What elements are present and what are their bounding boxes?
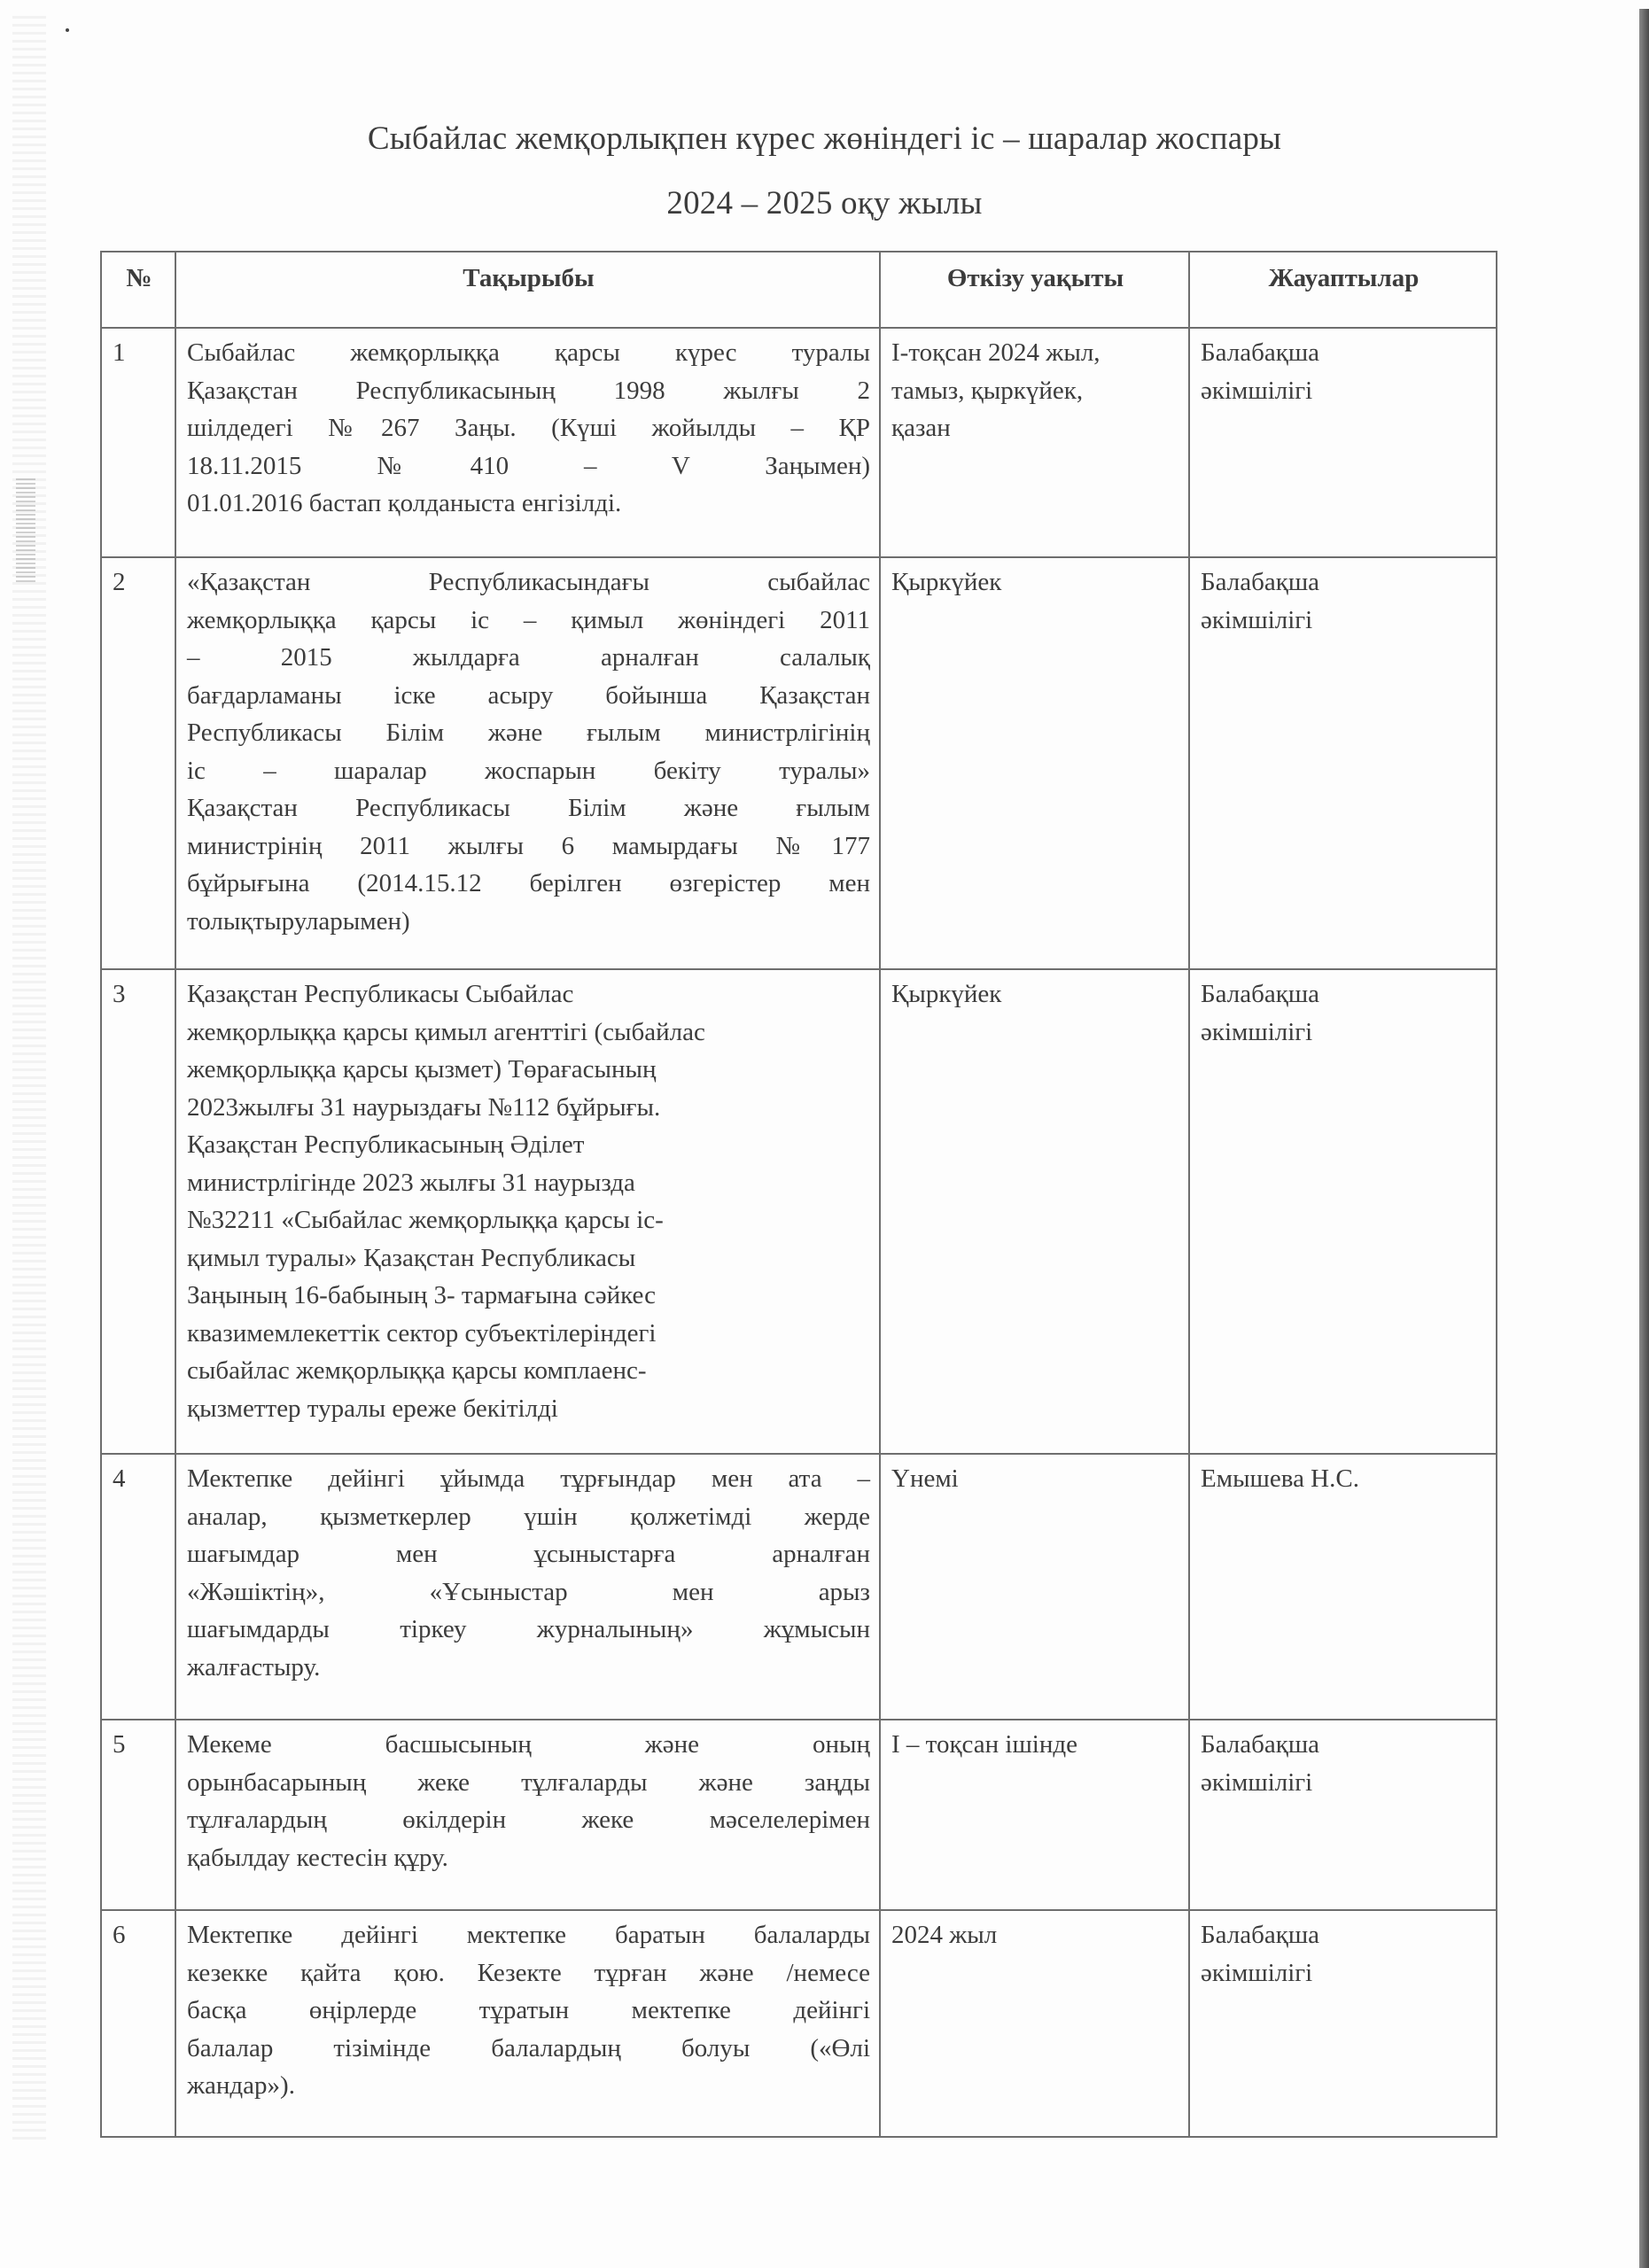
row-time: 2024 жыл xyxy=(880,1910,1189,2137)
table-row: 1Сыбайлас жемқорлыққа қарсы күрес туралы… xyxy=(101,328,1497,557)
table-row: 4Мектепке дейінгі ұйымда тұрғындар мен а… xyxy=(101,1454,1497,1720)
responsible-line: әкімшілігі xyxy=(1201,1014,1487,1052)
topic-line: жалғастыру. xyxy=(187,1649,870,1687)
topic-line: шағымдарды тіркеу журналының» жұмысын xyxy=(187,1611,870,1649)
topic-line: Сыбайлас жемқорлыққа қарсы күрес туралы xyxy=(187,334,870,372)
header-number: № xyxy=(101,252,175,328)
table-row: 6Мектепке дейінгі мектепке баратын балал… xyxy=(101,1910,1497,2137)
time-line: 2024 жыл xyxy=(891,1916,1179,1954)
header-topic: Тақырыбы xyxy=(175,252,880,328)
topic-line: басқа өңірлерде тұратын мектепке дейінгі xyxy=(187,1992,870,2030)
time-line: Қыркүйек xyxy=(891,563,1179,602)
responsible-line: Емышева Н.С. xyxy=(1201,1460,1487,1498)
row-responsible: Балабақшаәкімшілігі xyxy=(1189,557,1497,969)
topic-line: жемқорлыққа қарсы іс – қимыл жөніндегі 2… xyxy=(187,602,870,640)
topic-line: Қазақстан Республикасы Сыбайлас xyxy=(187,975,870,1014)
row-number: 3 xyxy=(101,969,175,1454)
topic-line: жемқорлыққа қарсы қимыл агенттігі (сыбай… xyxy=(187,1014,870,1052)
topic-line: жемқорлыққа қарсы қызмет) Төрағасының xyxy=(187,1051,870,1089)
row-topic: Қазақстан Республикасы Сыбайласжемқорлық… xyxy=(175,969,880,1454)
topic-line: қабылдау кестесін құру. xyxy=(187,1839,870,1877)
row-time: Қыркүйек xyxy=(880,969,1189,1454)
row-topic: Мектепке дейінгі ұйымда тұрғындар мен ат… xyxy=(175,1454,880,1720)
row-responsible: Балабақшаәкімшілігі xyxy=(1189,1720,1497,1910)
topic-line: министрлігінде 2023 жылғы 31 наурызда xyxy=(187,1164,870,1202)
row-time: І – тоқсан ішінде xyxy=(880,1720,1189,1910)
topic-line: «Қазақстан Республикасындағы сыбайлас xyxy=(187,563,870,602)
topic-line: министрінің 2011 жылғы 6 мамырдағы №177 xyxy=(187,827,870,866)
scan-artifact-left-dense xyxy=(16,478,35,585)
topic-line: Қазақстан Республикасының Әділет xyxy=(187,1126,870,1164)
topic-line: балалар тізімінде балалардың болуы («Өлі xyxy=(187,2030,870,2068)
action-plan-table: № Тақырыбы Өткізу уақыты Жауаптылар 1Сыб… xyxy=(100,251,1497,2138)
row-responsible: Балабақшаәкімшілігі xyxy=(1189,969,1497,1454)
responsible-line: Балабақша xyxy=(1201,1726,1487,1764)
topic-line: – 2015 жылдарға арналған салалық xyxy=(187,639,870,677)
header-responsible: Жауаптылар xyxy=(1189,252,1497,328)
document-subtitle: 2024 – 2025 оқу жылы xyxy=(0,184,1649,222)
topic-line: Республикасы Білім және ғылым министрліг… xyxy=(187,714,870,752)
topic-line: қимыл туралы» Қазақстан Республикасы xyxy=(187,1239,870,1278)
row-time: І-тоқсан 2024 жыл,тамыз, қыркүйек,қазан xyxy=(880,328,1189,557)
topic-line: қызметтер туралы ереже бекітілді xyxy=(187,1390,870,1428)
row-number: 6 xyxy=(101,1910,175,2137)
responsible-line: әкімшілігі xyxy=(1201,372,1487,410)
topic-line: Қазақстан Республикасы Білім және ғылым xyxy=(187,789,870,827)
header-time: Өткізу уақыты xyxy=(880,252,1189,328)
topic-line: 2023жылғы 31 наурыздағы №112 бұйрығы. xyxy=(187,1089,870,1127)
topic-line: толықтыруларымен) xyxy=(187,903,870,941)
topic-line: Қазақстан Республикасының 1998 жылғы 2 xyxy=(187,372,870,410)
table-row: 2«Қазақстан Республикасындағы сыбайласже… xyxy=(101,557,1497,969)
topic-line: аналар, қызметкерлер үшін қолжетімді жер… xyxy=(187,1498,870,1536)
topic-line: шағымдар мен ұсыныстарға арналған xyxy=(187,1535,870,1573)
table-row: 5Мекеме басшысының және оныңорынбасарыны… xyxy=(101,1720,1497,1910)
topic-line: іс – шаралар жоспарын бекіту туралы» xyxy=(187,752,870,790)
row-time: Үнемі xyxy=(880,1454,1189,1720)
topic-line: сыбайлас жемқорлыққа қарсы комплаенс- xyxy=(187,1352,870,1390)
topic-line: орынбасарының жеке тұлғаларды және заңды xyxy=(187,1764,870,1802)
responsible-line: әкімшілігі xyxy=(1201,602,1487,640)
topic-line: Заңының 16-бабының 3- тармағына сәйкес xyxy=(187,1277,870,1315)
time-line: І – тоқсан ішінде xyxy=(891,1726,1179,1764)
topic-line: шілдедегі №267 Заңы. (Күші жойылды – ҚР xyxy=(187,409,870,447)
responsible-line: әкімшілігі xyxy=(1201,1764,1487,1802)
time-line: І-тоқсан 2024 жыл, xyxy=(891,334,1179,372)
time-line: Қыркүйек xyxy=(891,975,1179,1014)
row-responsible: Емышева Н.С. xyxy=(1189,1454,1497,1720)
row-number: 5 xyxy=(101,1720,175,1910)
topic-line: жандар»). xyxy=(187,2067,870,2105)
row-topic: Мектепке дейінгі мектепке баратын балала… xyxy=(175,1910,880,2137)
responsible-line: әкімшілігі xyxy=(1201,1954,1487,1992)
topic-line: Мекеме басшысының және оның xyxy=(187,1726,870,1764)
topic-line: квазимемлекеттік сектор субъектілеріндег… xyxy=(187,1315,870,1353)
row-responsible: Балабақшаәкімшілігі xyxy=(1189,1910,1497,2137)
topic-line: бағдарламаны іске асыру бойынша Қазақста… xyxy=(187,677,870,715)
time-line: тамыз, қыркүйек, xyxy=(891,372,1179,410)
row-topic: Мекеме басшысының және оныңорынбасарының… xyxy=(175,1720,880,1910)
document-title: Сыбайлас жемқорлықпен күрес жөніндегі іс… xyxy=(0,120,1649,158)
responsible-line: Балабақша xyxy=(1201,975,1487,1014)
topic-line: «Жәшіктің», «Ұсыныстар мен арыз xyxy=(187,1573,870,1612)
time-line: қазан xyxy=(891,409,1179,447)
responsible-line: Балабақша xyxy=(1201,1916,1487,1954)
table-row: 3Қазақстан Республикасы Сыбайласжемқорлы… xyxy=(101,969,1497,1454)
topic-line: 18.11.2015 №410 – V Заңымен) xyxy=(187,447,870,485)
row-topic: Сыбайлас жемқорлыққа қарсы күрес туралыҚ… xyxy=(175,328,880,557)
scan-edge-right xyxy=(1639,9,1649,2268)
row-topic: «Қазақстан Республикасындағы сыбайласжем… xyxy=(175,557,880,969)
row-number: 4 xyxy=(101,1454,175,1720)
topic-line: Мектепке дейінгі ұйымда тұрғындар мен ат… xyxy=(187,1460,870,1498)
row-responsible: Балабақшаәкімшілігі xyxy=(1189,328,1497,557)
topic-line: бұйрығына (2014.15.12 берілген өзгерісте… xyxy=(187,865,870,903)
topic-line: кезекке қайта қою. Кезекте тұрған және /… xyxy=(187,1954,870,1992)
topic-line: Мектепке дейінгі мектепке баратын балала… xyxy=(187,1916,870,1954)
topic-line: 01.01.2016 бастап қолданыста енгізілді. xyxy=(187,485,870,523)
topic-line: тұлғалардың өкілдерін жеке мәселелерімен xyxy=(187,1801,870,1839)
scan-speck xyxy=(66,28,69,32)
responsible-line: Балабақша xyxy=(1201,334,1487,372)
table-header-row: № Тақырыбы Өткізу уақыты Жауаптылар xyxy=(101,252,1497,328)
scan-artifact-left xyxy=(12,16,46,2142)
topic-line: №32211 «Сыбайлас жемқорлыққа қарсы іс- xyxy=(187,1201,870,1239)
row-number: 2 xyxy=(101,557,175,969)
row-number: 1 xyxy=(101,328,175,557)
row-time: Қыркүйек xyxy=(880,557,1189,969)
time-line: Үнемі xyxy=(891,1460,1179,1498)
responsible-line: Балабақша xyxy=(1201,563,1487,602)
